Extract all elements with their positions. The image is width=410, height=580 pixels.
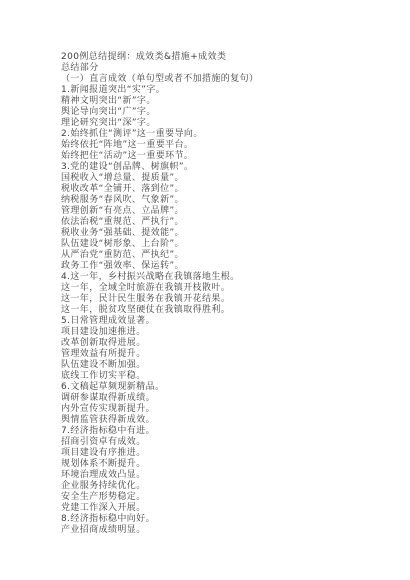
text-line: 规划体系不断提升。 bbox=[61, 459, 400, 470]
text-line: 这一年，民计民生服务在我镇开花结果。 bbox=[61, 294, 400, 305]
text-line: 队伍建设不断加强。 bbox=[61, 360, 400, 371]
text-line: 安全生产形势稳定。 bbox=[61, 492, 400, 503]
text-line: 理论研究突出“深”字。 bbox=[61, 118, 400, 129]
text-line: 1.新闻报道突出“实”字。 bbox=[61, 85, 400, 96]
text-line: 精神文明突出“新”字。 bbox=[61, 96, 400, 107]
text-line: 改革创新取得进展。 bbox=[61, 338, 400, 349]
text-line: 党建工作深入开展。 bbox=[61, 503, 400, 514]
text-line: 招商引资卓有成效。 bbox=[61, 437, 400, 448]
document-title: 200例总结提纲：成效类&措施+成效类 bbox=[61, 52, 400, 63]
text-line: 管理创新“有亮点、立品牌”。 bbox=[61, 206, 400, 217]
text-line: 环境治理成效凸显。 bbox=[61, 470, 400, 481]
text-line: 调研参谋取得新成绩。 bbox=[61, 393, 400, 404]
text-line: 依法治税“重规范、严执行”。 bbox=[61, 217, 400, 228]
text-line: 纳税服务“春风吹、气象新”。 bbox=[61, 195, 400, 206]
text-line: 6.文稿起草频现新精品。 bbox=[61, 382, 400, 393]
text-line: 税收改革“全铺开、落到位”。 bbox=[61, 184, 400, 195]
text-line: 内外宣传实现新提升。 bbox=[61, 404, 400, 415]
section-heading: 总结部分 bbox=[61, 63, 400, 74]
text-line: 始终把住“活动”这一重要环节。 bbox=[61, 151, 400, 162]
text-line: 这一年，全域全时旅游在我镇开枝散叶。 bbox=[61, 283, 400, 294]
text-line: 始终依托“阵地”这一重要平台。 bbox=[61, 140, 400, 151]
text-line: 从严治党“重防范、严执纪”。 bbox=[61, 250, 400, 261]
text-line: 3.党的建设“创品牌、树旗帜”。 bbox=[61, 162, 400, 173]
text-line: 8.经济指标稳中向好。 bbox=[61, 514, 400, 525]
text-line: 这一年，脱贫攻坚硬仗在我镇取得胜利。 bbox=[61, 305, 400, 316]
text-line: 队伍建设“树形象、上台阶”。 bbox=[61, 239, 400, 250]
text-line: 项目建设有序推进。 bbox=[61, 448, 400, 459]
document-content: 200例总结提纲：成效类&措施+成效类总结部分（一）直言成效（单句型或者不加措施… bbox=[61, 52, 400, 536]
text-line: 政务工作“强效率、保运转”。 bbox=[61, 261, 400, 272]
text-line: 管理效益有所提升。 bbox=[61, 349, 400, 360]
text-line: 税收业务“强基础、提效能”。 bbox=[61, 228, 400, 239]
text-line: 企业服务持续优化。 bbox=[61, 481, 400, 492]
text-line: 国税收入“增总量、提质量”。 bbox=[61, 173, 400, 184]
subsection-heading: （一）直言成效（单句型或者不加措施的复句） bbox=[61, 74, 400, 85]
text-line: 5.日常管理成效显著。 bbox=[61, 316, 400, 327]
text-line: 4.这一年，乡村振兴战略在我镇落地生根。 bbox=[61, 272, 400, 283]
text-line: 舆情监管获得新成效。 bbox=[61, 415, 400, 426]
text-line: 项目建设加速推进。 bbox=[61, 327, 400, 338]
document-page: 200例总结提纲：成效类&措施+成效类总结部分（一）直言成效（单句型或者不加措施… bbox=[0, 0, 410, 580]
text-line: 7.经济指标稳中有进。 bbox=[61, 426, 400, 437]
text-line: 2.始终抓住“测评”这一重要导向。 bbox=[61, 129, 400, 140]
text-line: 产业招商成绩明显。 bbox=[61, 525, 400, 536]
text-line: 舆论导向突出“广”字。 bbox=[61, 107, 400, 118]
text-line: 底线工作切实平稳。 bbox=[61, 371, 400, 382]
